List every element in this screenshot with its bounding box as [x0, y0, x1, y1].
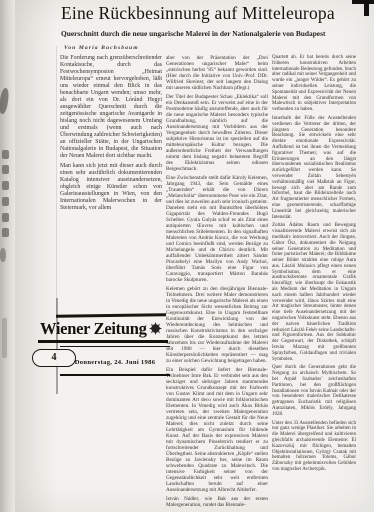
article-paragraph: aber von der Präsentation der „Drei Gene… [166, 55, 268, 91]
scan-smudge [2, 165, 9, 174]
page-number-badge: 4 [32, 349, 76, 367]
article-column-2: aber von der Präsentation der „Drei Gene… [166, 55, 268, 512]
newspaper-clipping: Eine Rückbesinnung auf Mitteleuropa Quer… [0, 0, 374, 512]
scan-smudge [2, 213, 9, 222]
issue-date: Donnerstag, 24. Juni 1986 [75, 359, 156, 366]
scan-smudge [2, 150, 9, 159]
issue-date-box: Donnerstag, 24. Juni 1986 [60, 346, 170, 376]
eagle-icon [149, 322, 162, 335]
masthead-stamp: Wiener Zeitung Donnerstag, 24. Juni 1986… [30, 314, 172, 372]
article-paragraph: Quartett ab. Er hat bereits durch seine … [272, 55, 356, 113]
masthead-date-row: Donnerstag, 24. Juni 1986 4 [30, 346, 172, 372]
article-paragraph: Eine Zwischenstufe stellt dafür Károly K… [166, 175, 268, 283]
masthead-rule-bottom [38, 340, 168, 343]
article-paragraph: Zoltán Ádáms Raum und Bewegung visualisi… [272, 223, 356, 362]
paper-edge-shadow [15, 0, 57, 512]
masthead-rule-top [56, 313, 166, 317]
article-subtitle: Querschnitt durch die neue ungarische Ma… [61, 29, 325, 38]
article-paragraph: Der Titel der Budapester Schau „Eklektik… [166, 94, 268, 172]
article-paragraph: Man kann sich jetzt mit dieser auch durc… [60, 163, 162, 212]
article-byline: Von Maria Buchsbaum [64, 45, 139, 51]
scan-smudge [2, 197, 9, 206]
scan-smudge [2, 318, 7, 358]
article-column-1: Die Forderung nach grenzüberschreitender… [60, 55, 162, 215]
article-column-3: Quartett ab. Er hat bereits durch seine … [272, 55, 356, 476]
scan-smudge [2, 181, 9, 190]
masthead-title: Wiener Zeitung [40, 318, 147, 339]
article-paragraph: István Nádler, wie Bak aus der ersten Ma… [166, 496, 268, 508]
article-paragraph: Die Forderung nach grenzüberschreitender… [60, 55, 162, 160]
scan-smudge [0, 248, 6, 262]
registration-corner-mark [364, 0, 369, 16]
scan-smudge [2, 228, 9, 237]
article-title: Eine Rückbesinnung auf Mitteleuropa [61, 3, 335, 24]
article-paragraph: Kelemen gehört zu den diesjährigen Bienn… [166, 286, 268, 364]
registration-corner-mark [352, 0, 374, 4]
clipping-edge-line [56, 46, 57, 314]
article-paragraph: Unter den 33 Ausstellenden befinden sich… [272, 421, 356, 473]
article-paragraph: Innerhalb der Fülle der Ausstellenden ve… [272, 116, 356, 220]
masthead-title-row: Wiener Zeitung [40, 319, 172, 339]
article-paragraph: Quer durch die Generationen geht die Nei… [272, 365, 356, 417]
article-paragraph: Ein Beispiel dafür liefert der Biennale-… [166, 367, 268, 493]
